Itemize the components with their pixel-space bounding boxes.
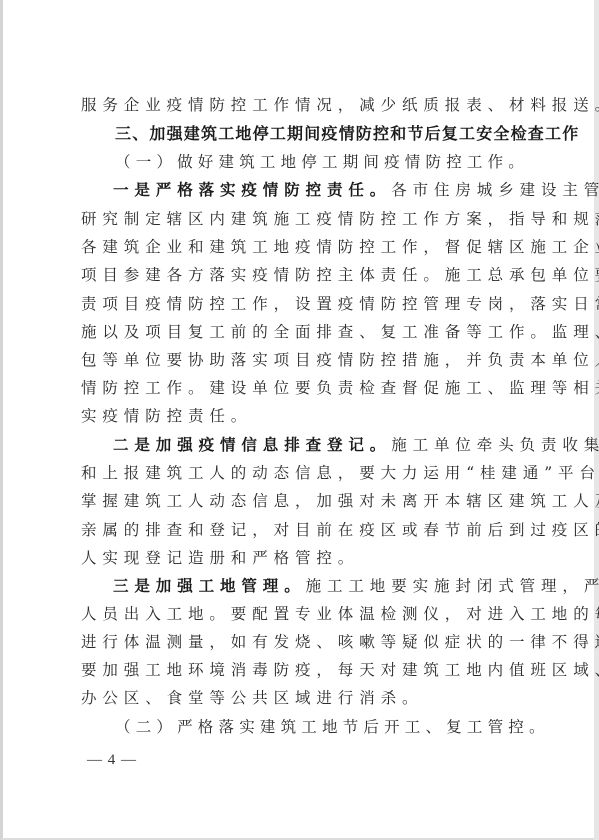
- line-text: 人实现登记造册和严格管控。: [81, 549, 359, 567]
- line-text: 办公区、食堂等公共区域进行消杀。: [81, 689, 423, 707]
- line-text: 各市住房城乡建设主管部门要: [391, 181, 599, 199]
- line-text: 施工单位牵头负责收集、统计: [391, 436, 599, 454]
- sub-heading-text: （一）做好建筑工地停工期间疫情防控工作。: [115, 153, 529, 171]
- body-line: 和上报建筑工人的动态信息，要大力运用“桂建通”平台全面及时: [81, 461, 541, 485]
- body-line: 包等单位要协助落实项目疫情防控措施，并负责本单位人员的疫: [81, 348, 541, 372]
- paragraph-lead: 三是加强工地管理。: [113, 576, 306, 595]
- paragraph-lead: 二是加强疫情信息排查登记。: [113, 435, 391, 454]
- body-line: 实疫情防控责任。: [81, 404, 541, 428]
- body-line: 责项目疫情防控工作，设置疫情防控管理专岗，落实日常防控措: [81, 292, 541, 316]
- body-line: 掌握建筑工人动态信息，加强对未离开本辖区建筑工人及其探亲: [81, 489, 541, 513]
- body-line: 服务企业疫情防控工作情况，减少纸质报表、材料报送。: [81, 93, 541, 117]
- line-text: 研究制定辖区内建筑施工疫情防控工作方案，指导和规范辖区内: [81, 210, 599, 228]
- body-line: 人实现登记造册和严格管控。: [81, 546, 541, 570]
- body-line: 进行体温测量，如有发烧、咳嗽等疑似症状的一律不得进入工地。: [81, 630, 541, 654]
- line-text: 实疫情防控责任。: [81, 407, 252, 425]
- body-line: 研究制定辖区内建筑施工疫情防控工作方案，指导和规范辖区内: [81, 207, 541, 231]
- line-text: 掌握建筑工人动态信息，加强对未离开本辖区建筑工人及其探亲: [81, 492, 599, 510]
- heading-text: 三、加强建筑工地停工期间疫情防控和节后复工安全检查工作: [115, 124, 579, 143]
- line-text: 各建筑企业和建筑工地疫情防控工作，督促辖区施工企业和在建: [81, 238, 599, 256]
- paragraph-start: 二是加强疫情信息排查登记。施工单位牵头负责收集、统计: [113, 433, 543, 457]
- line-text: 要加强工地环境消毒防疫，每天对建筑工地内值班区域、宿舍、: [81, 661, 599, 679]
- line-text: 进行体温测量，如有发烧、咳嗽等疑似症状的一律不得进入工地。: [81, 633, 599, 651]
- body-line: 要加强工地环境消毒防疫，每天对建筑工地内值班区域、宿舍、: [81, 658, 541, 682]
- line-text: 责项目疫情防控工作，设置疫情防控管理专岗，落实日常防控措: [81, 295, 599, 313]
- body-line: 各建筑企业和建筑工地疫情防控工作，督促辖区施工企业和在建: [81, 235, 541, 259]
- line-text: 项目参建各方落实疫情防控主体责任。施工总承包单位要牵头负: [81, 266, 599, 284]
- paragraph-start: 一是严格落实疫情防控责任。各市住房城乡建设主管部门要: [113, 178, 543, 202]
- body-line: 施以及项目复工前的全面排查、复工准备等工作。监理、专业分: [81, 320, 541, 344]
- paragraph-lead: 一是严格落实疫情防控责任。: [113, 180, 391, 199]
- line-text: 和上报建筑工人的动态信息，要大力运用“桂建通”平台全面及时: [81, 464, 599, 482]
- page-edge-shadow: [594, 0, 599, 840]
- sub-heading-text: （二）严格落实建筑工地节后开工、复工管控。: [115, 718, 550, 736]
- line-text: 人员出入工地。要配置专业体温检测仪，对进入工地的每个人员: [81, 605, 599, 623]
- paragraph-start: 三是加强工地管理。施工工地要实施封闭式管理，严格管控: [113, 574, 543, 598]
- body-line: 情防控工作。建设单位要负责检查督促施工、监理等相关单位落: [81, 376, 541, 400]
- line-text: 施工工地要实施封闭式管理，严格管控: [306, 577, 599, 595]
- line-text: 包等单位要协助落实项目疫情防控措施，并负责本单位人员的疫: [81, 351, 599, 369]
- line-text: 亲属的排查和登记，对目前在疫区或春节前后到过疫区的建筑工: [81, 521, 599, 539]
- section-heading: 三、加强建筑工地停工期间疫情防控和节后复工安全检查工作: [115, 122, 575, 146]
- body-line: 项目参建各方落实疫情防控主体责任。施工总承包单位要牵头负: [81, 263, 541, 287]
- document-page: 服务企业疫情防控工作情况，减少纸质报表、材料报送。 三、加强建筑工地停工期间疫情…: [0, 0, 599, 840]
- page-number: — 4 —: [87, 752, 137, 769]
- sub-heading: （一）做好建筑工地停工期间疫情防控工作。: [115, 150, 575, 174]
- line-text: 施以及项目复工前的全面排查、复工准备等工作。监理、专业分: [81, 323, 599, 341]
- sub-heading: （二）严格落实建筑工地节后开工、复工管控。: [115, 715, 575, 739]
- line-text: 情防控工作。建设单位要负责检查督促施工、监理等相关单位落: [81, 379, 599, 397]
- body-line: 办公区、食堂等公共区域进行消杀。: [81, 686, 541, 710]
- body-line: 人员出入工地。要配置专业体温检测仪，对进入工地的每个人员: [81, 602, 541, 626]
- line-text: 服务企业疫情防控工作情况，减少纸质报表、材料报送。: [81, 96, 599, 114]
- body-line: 亲属的排查和登记，对目前在疫区或春节前后到过疫区的建筑工: [81, 518, 541, 542]
